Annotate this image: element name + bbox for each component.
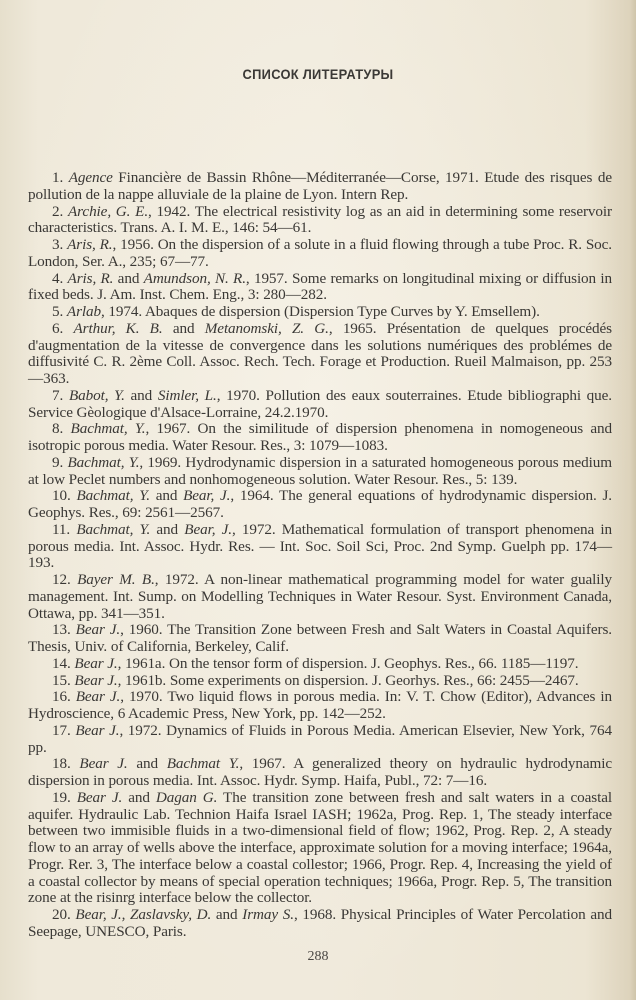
reference-item: 12. Bayer M. B., 1972. A non-linear math…: [28, 572, 612, 622]
reference-authors: Simler, L.: [158, 387, 217, 404]
reference-item: 13. Bear J., 1960. The Transition Zone b…: [28, 622, 612, 656]
reference-authors: Bear J.: [77, 789, 122, 806]
reference-item: 19. Bear J. and Dagan G. The transition …: [28, 790, 612, 907]
reference-authors: Bear, J.: [184, 521, 232, 538]
reference-authors: Bear J.: [76, 621, 120, 638]
reference-authors: Irmay S.: [242, 906, 294, 923]
reference-item: 20. Bear, J., Zaslavsky, D. and Irmay S.…: [28, 907, 612, 941]
reference-item: 6. Arthur, K. B. and Metanomski, Z. G., …: [28, 321, 612, 388]
reference-item: 14. Bear J., 1961a. On the tensor form o…: [28, 656, 612, 673]
reference-authors: Arlab: [67, 303, 101, 320]
reference-authors: Aris, R.: [67, 236, 112, 253]
reference-list: 1. Agence Financière de Bassin Rhône—Méd…: [28, 170, 612, 941]
reference-item: 17. Bear J., 1972. Dynamics of Fluids in…: [28, 723, 612, 757]
reference-authors: Bear J.: [76, 688, 121, 705]
reference-authors: Amundson, N. R.: [144, 270, 246, 287]
reference-item: 3. Aris, R., 1956. On the dispersion of …: [28, 237, 612, 271]
reference-authors: Bachmat, Y.: [71, 420, 146, 437]
reference-authors: Dagan G.: [156, 789, 217, 806]
reference-item: 18. Bear J. and Bachmat Y., 1967. A gene…: [28, 756, 612, 790]
reference-item: 8. Bachmat, Y., 1967. On the similitude …: [28, 421, 612, 455]
reference-authors: Babot, Y.: [69, 387, 125, 404]
reference-item: 11. Bachmat, Y. and Bear, J., 1972. Math…: [28, 522, 612, 572]
reference-item: 2. Archie, G. E., 1942. The electrical r…: [28, 204, 612, 238]
page-number: 288: [0, 949, 636, 965]
reference-authors: Bachmat, Y.: [67, 454, 139, 471]
reference-item: 7. Babot, Y. and Simler, L., 1970. Pollu…: [28, 388, 612, 422]
reference-item: 10. Bachmat, Y. and Bear, J., 1964. The …: [28, 488, 612, 522]
reference-authors: Arthur, K. B.: [73, 320, 162, 337]
book-page: СПИСОК ЛИТЕРАТУРЫ 1. Agence Financière d…: [0, 0, 636, 1000]
reference-authors: Bear, J.: [183, 487, 230, 504]
reference-item: 4. Aris, R. and Amundson, N. R., 1957. S…: [28, 271, 612, 305]
reference-authors: Aris, R.: [68, 270, 114, 287]
reference-authors: Bayer M. B.: [77, 571, 155, 588]
reference-item: 5. Arlab, 1974. Abaques de dispersion (D…: [28, 304, 612, 321]
reference-authors: Bear J.: [74, 672, 117, 689]
reference-authors: Bachmat, Y.: [76, 487, 149, 504]
reference-authors: Bear J.: [79, 755, 127, 772]
reference-item: 16. Bear J., 1970. Two liquid flows in p…: [28, 689, 612, 723]
reference-authors: Bachmat, Y.: [76, 521, 150, 538]
page-title: СПИСОК ЛИТЕРАТУРЫ: [25, 66, 610, 82]
reference-authors: Archie, G. E.: [68, 203, 148, 220]
reference-authors: Bear, J., Zaslavsky, D.: [75, 906, 211, 923]
reference-authors: Bachmat Y.: [167, 755, 240, 772]
reference-item: 15. Bear J., 1961b. Some experiments on …: [28, 673, 612, 690]
reference-item: 1. Agence Financière de Bassin Rhône—Méd…: [28, 170, 612, 204]
reference-authors: Bear J.: [74, 655, 117, 672]
reference-authors: Metanomski, Z. G.: [205, 320, 329, 337]
reference-authors: Bear J.: [75, 722, 119, 739]
reference-authors: Agence: [69, 169, 113, 186]
reference-item: 9. Bachmat, Y., 1969. Hydrodynamic dispe…: [28, 455, 612, 489]
